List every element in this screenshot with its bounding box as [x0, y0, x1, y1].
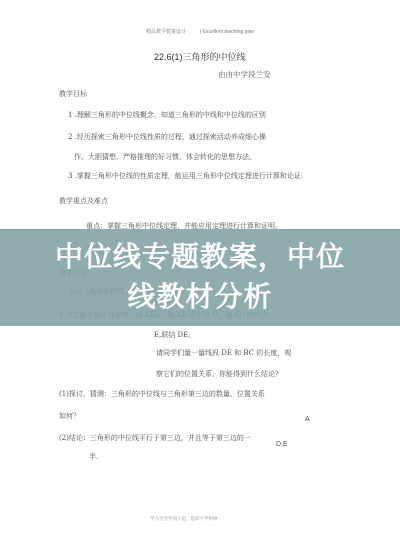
figure-label-de: D,E: [276, 441, 288, 448]
explore-2: 如何？: [59, 411, 80, 421]
measure-2: 察它们的位置关系，你能得到什么结论？: [156, 369, 282, 379]
section-goals-heading: 教学目标: [59, 89, 87, 99]
figure-label-a: A: [305, 416, 310, 423]
overlay-title: 中位线专题教案，中位 线教材分析: [0, 237, 400, 317]
author: 由由中学段兰安: [218, 69, 271, 80]
conclusion-2: 半.: [89, 452, 98, 462]
explore-1: (1)探讨、猜测：三角形的中位线与三角形第三边的数量、位置关系: [59, 389, 265, 399]
document-title: 22.6(1)三角形的中位线: [154, 50, 246, 63]
header-cn: 精品教学教案设计: [146, 29, 186, 35]
title-number: 22.6(1): [154, 52, 183, 62]
goal-1: 1 .理解三角形的中位线概念，知道三角形的中线和中位线的区别: [68, 110, 266, 120]
conclusion-1: (2)结论：三角形的中位线平行于第三边，并且等于第三边的一: [59, 433, 251, 443]
page-footer: 学入至会学而不思，思而不学则殆: [150, 516, 218, 522]
overlay-title-line-1: 中位线专题教案，中位: [0, 237, 400, 277]
document-page: 精品教学教案设计| Excellent teaching plan 22.6(1…: [0, 0, 400, 556]
title-text: 三角形的中位线: [183, 53, 246, 63]
activity-1b: E,联结 DE。: [154, 330, 195, 340]
goal-2a: 2 .经历探索三角形中位线性质的过程，通过探索活动养成细心操: [68, 132, 266, 142]
overlay-title-line-2: 线教材分析: [0, 277, 400, 317]
goal-3: 3 .掌握三角形中位线的性质定理，能运用三角形中位线定理进行计算和论证.: [68, 171, 303, 181]
section-key-heading: 教学重点及难点: [59, 196, 108, 206]
page-header: 精品教学教案设计| Excellent teaching plan: [146, 28, 254, 35]
goal-2b: 作、大胆猜想、严格推理的好习惯，体会转化的思想方法。: [74, 152, 256, 162]
measure-1: 请同学们量一量线段 DE 和 BC 的长度，观: [156, 348, 291, 358]
header-en: | Excellent teaching plan: [200, 29, 254, 35]
